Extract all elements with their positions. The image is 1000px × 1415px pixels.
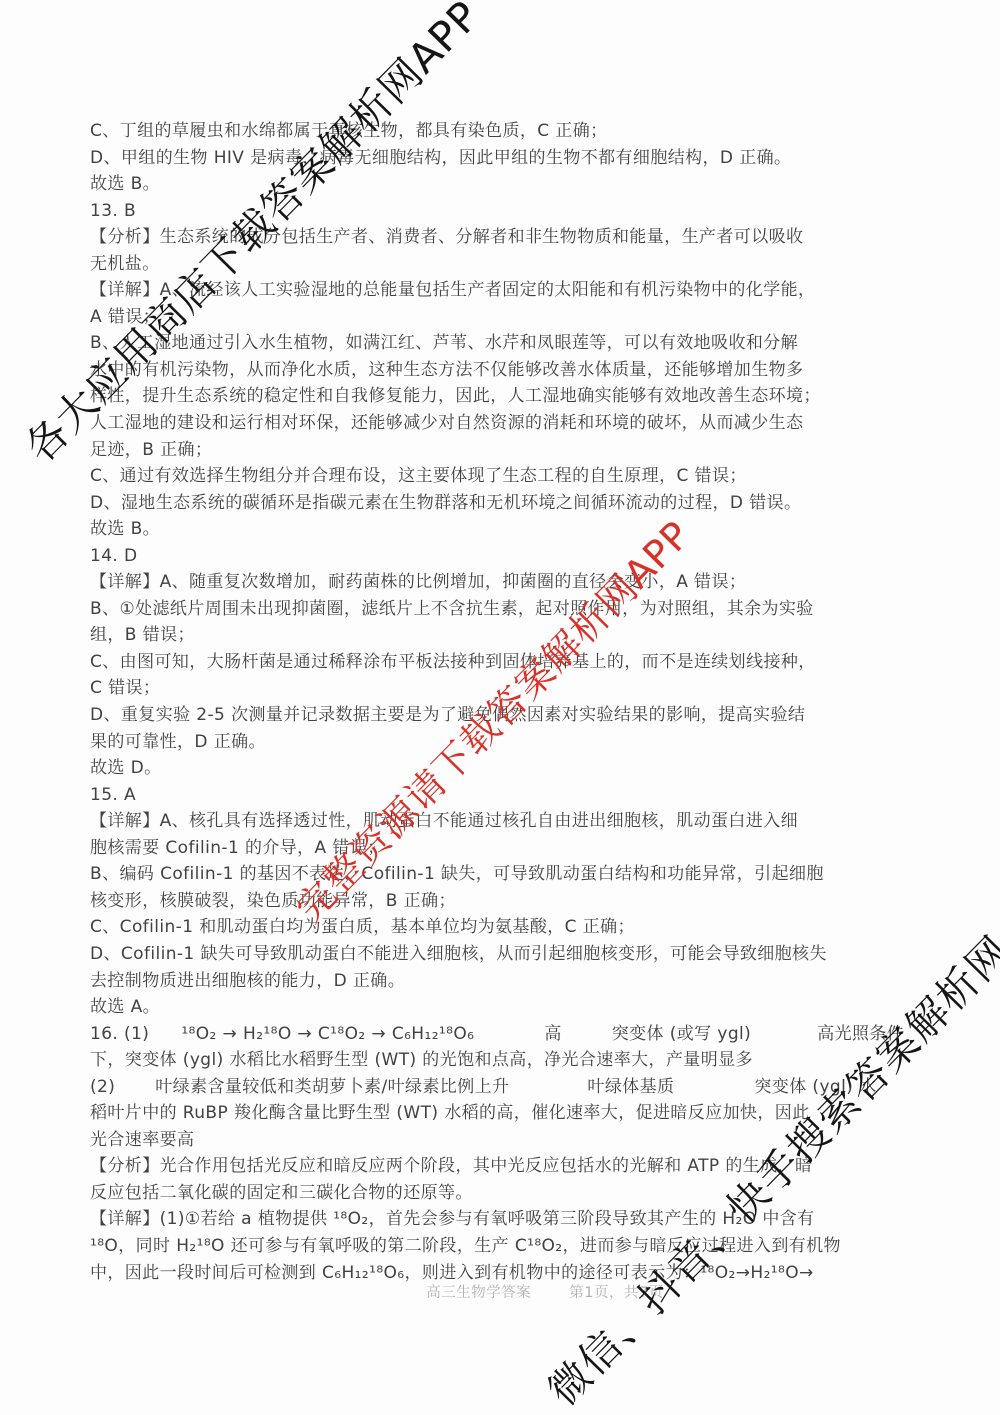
q16-2-blank-1: 叶绿素含量较低和类胡萝卜素/叶绿素比例上升 bbox=[155, 1074, 509, 1101]
text-line: C、Cofilin-1 和肌动蛋白均为蛋白质，基本单位均为氨基酸，C 正确； bbox=[90, 914, 990, 941]
text-line: A 错误； bbox=[90, 304, 990, 331]
text-line: D、甲组的生物 HIV 是病毒，病毒无细胞结构，因此甲组的生物不都有细胞结构，D… bbox=[90, 145, 990, 172]
q16-1-formula-blank: ¹⁸O₂ → H₂¹⁸O → C¹⁸O₂ → C₆H₁₂¹⁸O₆ bbox=[181, 1021, 474, 1048]
text-line: 【详解】A、流经该人工实验湿地的总能量包括生产者固定的太阳能和有机污染物中的化学… bbox=[90, 277, 990, 304]
text-line: 故选 D。 bbox=[90, 755, 990, 782]
text-line: C 错误； bbox=[90, 675, 990, 702]
q16-2-blank-3: 突变体 (ygl) 水 bbox=[754, 1074, 876, 1101]
text-line: ¹⁸O，同时 H₂¹⁸O 还可参与有氧呼吸的第二阶段，生产 C¹⁸O₂，进而参与… bbox=[90, 1233, 990, 1260]
text-line: 光合速率要高 bbox=[90, 1127, 990, 1154]
text-line: 【分析】光合作用包括光反应和暗反应两个阶段，其中光反应包括水的光解和 ATP 的… bbox=[90, 1153, 990, 1180]
q16-number: 16. (1) bbox=[90, 1021, 149, 1048]
text-line: 组，B 错误； bbox=[90, 622, 990, 649]
text-line: D、湿地生态系统的碳循环是指碳元素在生物群落和无机环境之间循环流动的过程，D 错… bbox=[90, 490, 990, 517]
text-line: 【详解】A、随重复次数增加，耐药菌株的比例增加，抑菌圈的直径会变小，A 错误； bbox=[90, 569, 990, 596]
text-line: B、人工湿地通过引入水生植物，如满江红、芦苇、水芹和凤眼莲等，可以有效地吸收和分… bbox=[90, 330, 990, 357]
text-line: 足迹，B 正确； bbox=[90, 437, 990, 464]
text-line: 水中的有机污染物，从而净化水质，这种生态方法不仅能够改善水体质量，还能够增加生物… bbox=[90, 357, 990, 384]
q15-answer-line: 15. A bbox=[90, 782, 990, 809]
q16-1-blank-2: 高 bbox=[544, 1021, 561, 1048]
text-line: C、丁组的草履虫和水绵都属于真核生物，都具有染色质，C 正确； bbox=[90, 118, 990, 145]
q16-1-blank-4: 高光照条件 bbox=[817, 1021, 904, 1048]
q13-answer-line: 13. B bbox=[90, 198, 990, 225]
text-line: B、编码 Cofilin-1 的基因不表达，Cofilin-1 缺失，可导致肌动… bbox=[90, 861, 990, 888]
q14-answer-line: 14. D bbox=[90, 543, 990, 570]
text-line: 去控制物质进出细胞核的能力，D 正确。 bbox=[90, 968, 990, 995]
scanned-answer-page: C、丁组的草履虫和水绵都属于真核生物，都具有染色质，C 正确； D、甲组的生物 … bbox=[0, 0, 1000, 1415]
text-line: 故选 B。 bbox=[90, 516, 990, 543]
text-line: 【详解】A、核孔具有选择透过性，肌动蛋白不能通过核孔自由进出细胞核，肌动蛋白进入… bbox=[90, 808, 990, 835]
text-line: C、通过有效选择生物组分并合理布设，这主要体现了生态工程的自生原理，C 错误； bbox=[90, 463, 990, 490]
text-line: 果的可靠性，D 正确。 bbox=[90, 729, 990, 756]
text-line: D、重复实验 2-5 次测量并记录数据主要是为了避免偶然因素对实验结果的影响，提… bbox=[90, 702, 990, 729]
footer-page-number: 第1页，共7页 bbox=[569, 1281, 663, 1302]
text-line: 【分析】生态系统的成分包括生产者、消费者、分解者和非生物物质和能量，生产者可以吸… bbox=[90, 224, 990, 251]
answer-text-block: C、丁组的草履虫和水绵都属于真核生物，都具有染色质，C 正确； D、甲组的生物 … bbox=[90, 118, 990, 1286]
text-line: 胞核需要 Cofilin-1 的介导，A 错误； bbox=[90, 835, 990, 862]
q16-2-number: (2) bbox=[90, 1074, 115, 1101]
text-line: 故选 A。 bbox=[90, 994, 990, 1021]
text-line: 故选 B。 bbox=[90, 171, 990, 198]
text-line: 下，突变体 (ygl) 水稻比水稻野生型 (WT) 的光饱和点高，净光合速率大，… bbox=[90, 1047, 990, 1074]
text-line: 无机盐。 bbox=[90, 251, 990, 278]
q16-2-blank-2: 叶绿体基质 bbox=[587, 1074, 674, 1101]
text-line: B、①处滤纸片周围未出现抑菌圈，滤纸片上不含抗生素，起对照作用，为对照组，其余为… bbox=[90, 596, 990, 623]
text-line: 稻叶片中的 RuBP 羧化酶含量比野生型 (WT) 水稻的高，催化速率大，促进暗… bbox=[90, 1100, 990, 1127]
text-line: 人工湿地的建设和运行相对环保，还能够减少对自然资源的消耗和环境的破坏，从而减少生… bbox=[90, 410, 990, 437]
text-line: 【详解】(1)①若给 a 植物提供 ¹⁸O₂，首先会参与有氧呼吸第三阶段导致其产… bbox=[90, 1206, 990, 1233]
text-line: 核变形，核膜破裂，染色质功能异常，B 正确； bbox=[90, 888, 990, 915]
q16-1-blank-3: 突变体 (或写 ygl) bbox=[612, 1021, 751, 1048]
page-footer: 高三生物学答案 第1页，共7页 bbox=[45, 1281, 1000, 1302]
footer-doc-title: 高三生物学答案 bbox=[426, 1281, 531, 1302]
text-line: 样性，提升生态系统的稳定性和自我修复能力，因此，人工湿地确实能够有效地改善生态环… bbox=[90, 383, 990, 410]
q16-answer-row-2: (2) 叶绿素含量较低和类胡萝卜素/叶绿素比例上升 叶绿体基质 突变体 (ygl… bbox=[90, 1074, 990, 1101]
text-line: D、Cofilin-1 缺失可导致肌动蛋白不能进入细胞核，从而引起细胞核变形，可… bbox=[90, 941, 990, 968]
q16-answer-row-1: 16. (1) ¹⁸O₂ → H₂¹⁸O → C¹⁸O₂ → C₆H₁₂¹⁸O₆… bbox=[90, 1021, 990, 1048]
text-line: C、由图可知，大肠杆菌是通过稀释涂布平板法接种到固体培养基上的，而不是连续划线接… bbox=[90, 649, 990, 676]
text-line: 反应包括二氧化碳的固定和三碳化合物的还原等。 bbox=[90, 1180, 990, 1207]
